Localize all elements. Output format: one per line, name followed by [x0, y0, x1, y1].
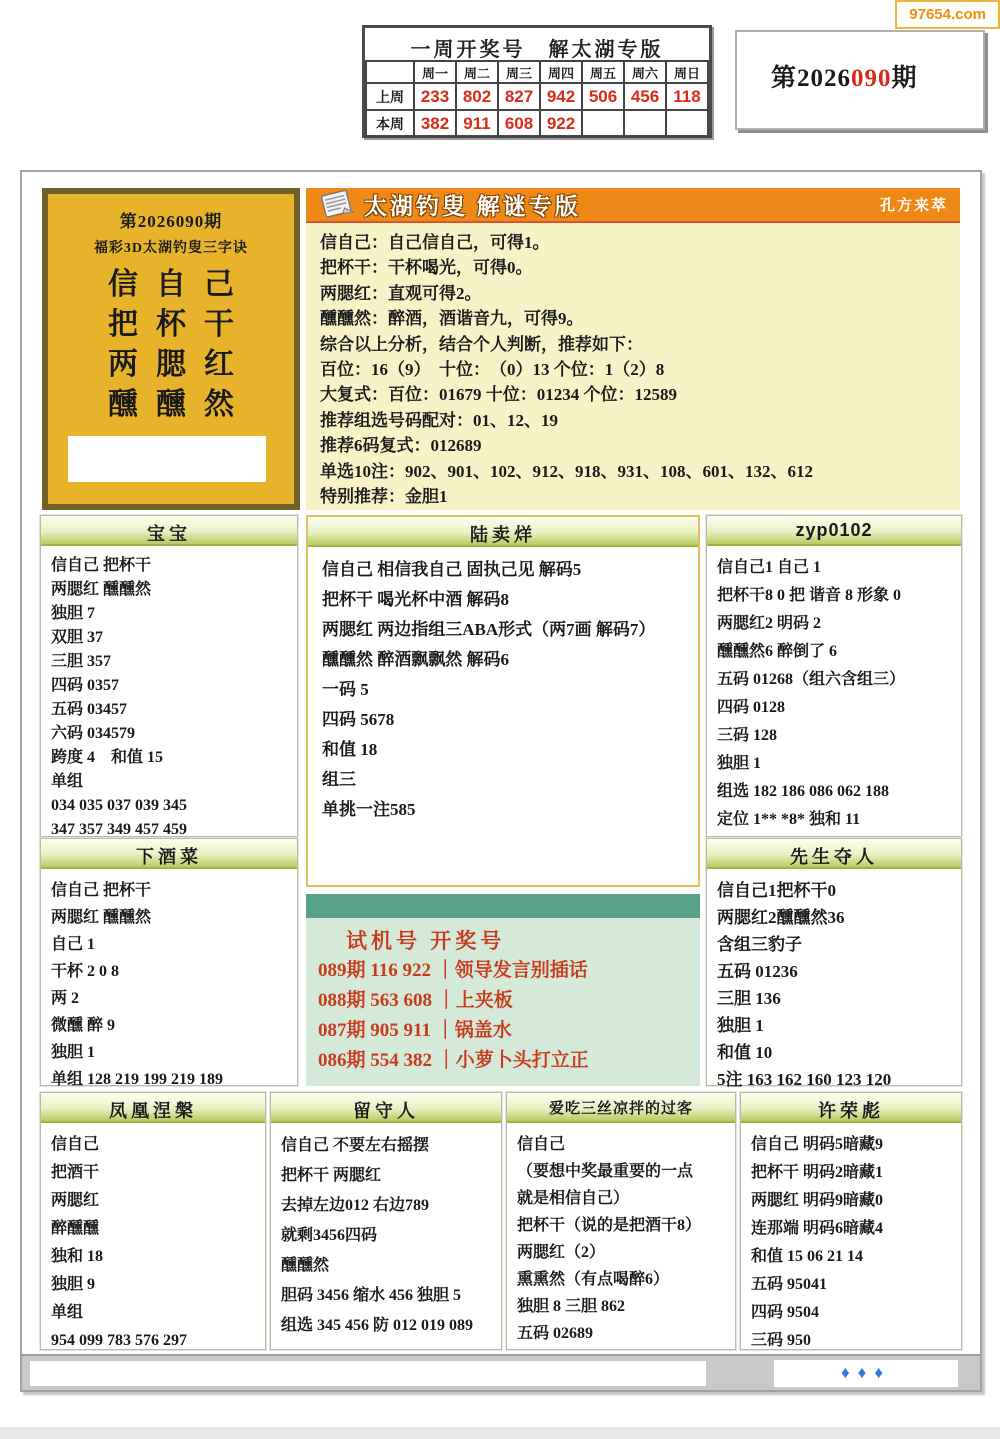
- tip-line: 信自己 不要左右摇摆: [281, 1131, 501, 1161]
- analysis-line: 百位：16（9） 十位： （0）13 个位：1（2）8: [320, 357, 960, 382]
- day-header: 周二: [456, 61, 498, 83]
- issue-highlight: 090: [851, 65, 892, 92]
- tip-line: 去掉左边012 右边789: [281, 1191, 501, 1221]
- this-week-row: 本周 382 911 608 922: [366, 110, 708, 137]
- tip-line: 954 099 783 576 297: [51, 1327, 265, 1355]
- tip-line: 三胆 136: [717, 985, 961, 1012]
- tip-line: 组三: [322, 765, 698, 795]
- horizontal-scrollbar[interactable]: [30, 1361, 706, 1386]
- box-xiajiucai: 下酒菜 信自己 把杯干两腮红 醺醺然自己 1干杯 2 0 8两 2微醺 醉 9独…: [40, 838, 298, 1086]
- gem-icons: ♦♦♦: [841, 1363, 891, 1382]
- tip-line: 五码 02689: [517, 1320, 735, 1347]
- box-body: 信自己 不要左右摇摆把杯干 两腮红去掉左边012 右边789就剩3456四码醺醺…: [271, 1123, 501, 1341]
- box-body: 信自己1 自己 1把杯干8 0 把 谐音 8 形象 0两腮红2 明码 2醺醺然6…: [707, 546, 961, 834]
- site-badge-link[interactable]: 97654.com: [895, 0, 1000, 29]
- draw-number: 942: [540, 83, 582, 110]
- tip-line: 五码 01268（组六含组三）: [717, 666, 961, 694]
- box-fenghuang: 凤凰涅槃 信自己把酒干两腮红醉醺醺独和 18独胆 9单组954 099 783 …: [40, 1092, 266, 1350]
- machine-number-line: 089期 116 922 ｜领导发言别插话: [318, 956, 700, 986]
- tip-line: 熏熏然（有点喝醉6）: [517, 1266, 735, 1293]
- tip-line: 单组 128 219 199 219 189: [51, 1066, 297, 1093]
- draw-number: 118: [666, 83, 708, 110]
- tip-line: 醺醺然6 醉倒了 6: [717, 638, 961, 666]
- riddle-line: 信自己: [48, 265, 294, 305]
- box-title: 宝宝: [41, 516, 297, 546]
- box-body: 信自己 明码5暗藏9把杯干 明码2暗藏1两腮红 明码9暗藏0连那端 明码6暗藏4…: [741, 1123, 961, 1355]
- tip-line: 组选 182 186 086 062 188: [717, 778, 961, 806]
- tip-line: 单组: [51, 770, 297, 794]
- riddle-line: 醺醺然: [48, 385, 294, 425]
- tip-line: 信自己 相信我自己 固执己见 解码5: [322, 555, 698, 585]
- box-body: 信自己把酒干两腮红醉醺醺独和 18独胆 9单组954 099 783 576 2…: [41, 1123, 265, 1355]
- tip-line: 和值 18: [322, 735, 698, 765]
- tip-line: 独胆 1: [717, 750, 961, 778]
- analysis-line: 推荐组选号码配对：01、12、19: [320, 408, 960, 433]
- bottom-bar: ♦♦♦: [22, 1354, 980, 1390]
- tip-line: 把杯干 两腮红: [281, 1161, 501, 1191]
- riddle-line: 把杯干: [48, 305, 294, 345]
- analysis-panel: 太湖钓叟 解谜专版 孔方来萃 信自己：自己信自己，可得1。把杯干：干杯喝光，可得…: [306, 188, 960, 512]
- tip-line: 信自己: [51, 1131, 265, 1159]
- draw-number: [624, 110, 666, 137]
- tip-line: 醉醺醺: [51, 1215, 265, 1243]
- box-body: 信自己 把杯干两腮红 醺醺然自己 1干杯 2 0 8两 2微醺 醉 9独胆 1单…: [41, 869, 297, 1093]
- tip-line: 单挑一注585: [322, 795, 698, 825]
- tip-line: 独胆 1: [717, 1012, 961, 1039]
- analysis-line: 把杯干：干杯喝光，可得0。: [320, 255, 960, 280]
- box-title: 下酒菜: [41, 839, 297, 869]
- machine-number-line: 086期 554 382 ｜小萝卜头打立正: [318, 1046, 700, 1076]
- table-header-row: 周一 周二 周三 周四 周五 周六 周日: [366, 61, 708, 83]
- machine-number-line: 087期 905 911 ｜锅盖水: [318, 1016, 700, 1046]
- box-title: 许荣彪: [741, 1093, 961, 1123]
- day-header: 周一: [414, 61, 456, 83]
- panel-title: 太湖钓叟 解谜专版: [364, 188, 581, 221]
- tip-line: 信自己 把杯干: [51, 554, 297, 578]
- issue-number-box: 第2026090期: [735, 30, 985, 130]
- weekly-numbers-table: 周一 周二 周三 周四 周五 周六 周日 上周 233 802 827 942 …: [365, 60, 709, 138]
- diamonds-box: ♦♦♦: [774, 1360, 958, 1387]
- analysis-line: 特别推荐：金胆1: [320, 484, 960, 509]
- tip-line: 和值 15 06 21 14: [751, 1243, 961, 1271]
- riddle-poster: 第2026090期 福彩3D太湖钓叟三字诀 信自己把杯干两腮红醺醺然: [42, 188, 300, 510]
- tip-line: 把酒干: [51, 1159, 265, 1187]
- row-label: 本周: [366, 110, 414, 137]
- machine-number-lines: 089期 116 922 ｜领导发言别插话088期 563 608 ｜上夹板08…: [318, 956, 700, 1076]
- box-title: 爱吃三丝凉拌的过客: [507, 1093, 735, 1123]
- tip-line: 五码 95041: [751, 1271, 961, 1299]
- box-luhaiyang: 陆卖烊 信自己 相信我自己 固执己见 解码5把杯干 喝光杯中酒 解码8两腮红 两…: [306, 515, 700, 887]
- box-xurongting: 许荣彪 信自己 明码5暗藏9把杯干 明码2暗藏1两腮红 明码9暗藏0连那端 明码…: [740, 1092, 962, 1350]
- tip-line: 六码 034579: [51, 722, 297, 746]
- analysis-text: 信自己：自己信自己，可得1。把杯干：干杯喝光，可得0。两腮红：直观可得2。醺醺然…: [306, 223, 960, 510]
- tip-line: 三胆 357: [51, 650, 297, 674]
- box-liushouren: 留守人 信自己 不要左右摇摆把杯干 两腮红去掉左边012 右边789就剩3456…: [270, 1092, 502, 1350]
- tip-line: 信自己1 自己 1: [717, 554, 961, 582]
- tip-line: 和值 10: [717, 1039, 961, 1066]
- analysis-line: 综合以上分析，结合个人判断，推荐如下：: [320, 332, 960, 357]
- tip-line: 跨度 4 和值 15: [51, 746, 297, 770]
- box-title: zyp0102: [707, 516, 961, 546]
- weekly-numbers-title: 一周开奖号 解太湖专版: [365, 28, 709, 60]
- blank-label: [68, 436, 266, 482]
- weekly-numbers-box: 一周开奖号 解太湖专版 周一 周二 周三 周四 周五 周六 周日 上周 233 …: [362, 25, 712, 138]
- tip-line: 五码 03457: [51, 698, 297, 722]
- box-xianshengduoren: 先生夺人 信自己1把杯干0两腮红2醺醺然36含组三豹子五码 01236三胆 13…: [706, 838, 962, 1086]
- tip-line: 醺醺然: [281, 1251, 501, 1281]
- tip-line: 把杯干（说的是把酒干8）: [517, 1212, 735, 1239]
- machine-number-body: 试机号 开奖号 089期 116 922 ｜领导发言别插话088期 563 60…: [306, 918, 700, 1086]
- box-body: 信自己 把杯干两腮红 醺醺然独胆 7双胆 37三胆 357四码 0357五码 0…: [41, 546, 297, 842]
- tip-line: 两腮红2醺醺然36: [717, 904, 961, 931]
- tip-line: 微醺 醉 9: [51, 1012, 297, 1039]
- draw-number: 827: [498, 83, 540, 110]
- tip-line: 四码 5678: [322, 705, 698, 735]
- page: 97654.com 一周开奖号 解太湖专版 周一 周二 周三 周四 周五 周六 …: [0, 0, 1000, 1439]
- day-header: 周四: [540, 61, 582, 83]
- box-title: 凤凰涅槃: [41, 1093, 265, 1123]
- tip-line: 信自己: [517, 1131, 735, 1158]
- analysis-line: 信自己：自己信自己，可得1。: [320, 230, 960, 255]
- corner-cell: [366, 61, 414, 83]
- draw-number: 456: [624, 83, 666, 110]
- tip-line: 把杯干 明码2暗藏1: [751, 1159, 961, 1187]
- tip-line: 自己 1: [51, 931, 297, 958]
- day-header: 周五: [582, 61, 624, 83]
- tip-line: 干杯 2 0 8: [51, 958, 297, 985]
- tip-line: 两腮红 醺醺然: [51, 578, 297, 602]
- last-week-row: 上周 233 802 827 942 506 456 118: [366, 83, 708, 110]
- green-bar: [306, 894, 700, 918]
- analysis-line: 两腮红：直观可得2。: [320, 281, 960, 306]
- box-title: 陆卖烊: [308, 517, 698, 547]
- panel-header: 太湖钓叟 解谜专版 孔方来萃: [306, 188, 960, 223]
- day-header: 周日: [666, 61, 708, 83]
- poster-issue: 第2026090期: [48, 207, 294, 232]
- tip-line: 醺醺然 醉酒飘飘然 解码6: [322, 645, 698, 675]
- analysis-line: 推荐6码复式：012689: [320, 433, 960, 458]
- box-title: 先生夺人: [707, 839, 961, 869]
- tip-line: 组选 345 456 防 012 019 089: [281, 1311, 501, 1341]
- tip-line: 把杯干 喝光杯中酒 解码8: [322, 585, 698, 615]
- riddle-lines: 信自己把杯干两腮红醺醺然: [48, 265, 294, 425]
- machine-number-header: 试机号 开奖号: [318, 926, 700, 956]
- day-header: 周三: [498, 61, 540, 83]
- tip-line: 两腮红: [51, 1187, 265, 1215]
- tip-line: 四码 0357: [51, 674, 297, 698]
- draw-number: [666, 110, 708, 137]
- machine-number-box: 试机号 开奖号 089期 116 922 ｜领导发言别插话088期 563 60…: [306, 894, 700, 1086]
- tip-line: 胆码 3456 缩水 456 独胆 5: [281, 1281, 501, 1311]
- draw-number: 382: [414, 110, 456, 137]
- tip-line: 一码 5: [322, 675, 698, 705]
- tip-line: 把杯干8 0 把 谐音 8 形象 0: [717, 582, 961, 610]
- tip-line: 两腮红2 明码 2: [717, 610, 961, 638]
- tip-line: 连那端 明码6暗藏4: [751, 1215, 961, 1243]
- row-label: 上周: [366, 83, 414, 110]
- panel-byline: 孔方来萃: [880, 194, 948, 215]
- tip-line: 三码 950: [751, 1327, 961, 1355]
- tip-line: 定位 1** *8* 独和 11: [717, 806, 961, 834]
- main-frame: 第2026090期 福彩3D太湖钓叟三字诀 信自己把杯干两腮红醺醺然 太湖钓叟 …: [20, 170, 982, 1392]
- riddle-line: 两腮红: [48, 345, 294, 385]
- draw-number: 233: [414, 83, 456, 110]
- tip-line: 两 2: [51, 985, 297, 1012]
- tip-line: 四码 9504: [751, 1299, 961, 1327]
- draw-number: [582, 110, 624, 137]
- tip-line: 信自己 把杯干: [51, 877, 297, 904]
- tip-line: 信自己1把杯干0: [717, 877, 961, 904]
- tip-line: 三码 128: [717, 722, 961, 750]
- tip-line: 独和 18: [51, 1243, 265, 1271]
- box-baobao: 宝宝 信自己 把杯干两腮红 醺醺然独胆 7双胆 37三胆 357四码 0357五…: [40, 515, 298, 837]
- tip-line: 就是相信自己）: [517, 1185, 735, 1212]
- page-bottom-strip: [0, 1427, 1000, 1439]
- tip-line: 信自己 明码5暗藏9: [751, 1131, 961, 1159]
- tip-line: 五码 01236: [717, 958, 961, 985]
- tip-line: 两腮红（2）: [517, 1239, 735, 1266]
- analysis-line: 醺醺然：醉酒，酒谐音九，可得9。: [320, 306, 960, 331]
- notepad-icon: [318, 189, 356, 221]
- draw-number: 608: [498, 110, 540, 137]
- analysis-line: 单选10注：902、901、102、912、918、931、108、601、13…: [320, 459, 960, 484]
- tip-line: 双胆 37: [51, 626, 297, 650]
- draw-number: 911: [456, 110, 498, 137]
- tip-line: 034 035 037 039 345: [51, 794, 297, 818]
- tip-line: 独胆 8 三胆 862: [517, 1293, 735, 1320]
- machine-number-line: 088期 563 608 ｜上夹板: [318, 986, 700, 1016]
- tip-line: 两腮红 两边指组三ABA形式（两7画 解码7）: [322, 615, 698, 645]
- poster-subtitle: 福彩3D太湖钓叟三字诀: [48, 237, 294, 257]
- tip-line: 含组三豹子: [717, 931, 961, 958]
- box-zyp0102: zyp0102 信自己1 自己 1把杯干8 0 把 谐音 8 形象 0两腮红2 …: [706, 515, 962, 837]
- issue-prefix: 第2026: [771, 65, 851, 92]
- box-body: 信自己1把杯干0两腮红2醺醺然36含组三豹子五码 01236三胆 136独胆 1…: [707, 869, 961, 1093]
- box-body: 信自己 相信我自己 固执己见 解码5把杯干 喝光杯中酒 解码8两腮红 两边指组三…: [308, 547, 698, 825]
- tip-line: 5注 163 162 160 123 120: [717, 1066, 961, 1093]
- draw-number: 506: [582, 83, 624, 110]
- tip-line: 单组: [51, 1299, 265, 1327]
- box-title: 留守人: [271, 1093, 501, 1123]
- draw-number: 922: [540, 110, 582, 137]
- tip-line: 两腮红 醺醺然: [51, 904, 297, 931]
- tip-line: 独胆 7: [51, 602, 297, 626]
- day-header: 周六: [624, 61, 666, 83]
- tip-line: 独胆 1: [51, 1039, 297, 1066]
- issue-suffix: 期: [892, 65, 918, 92]
- tip-line: 就剩3456四码: [281, 1221, 501, 1251]
- tip-line: 独胆 9: [51, 1271, 265, 1299]
- box-body: 信自己（要想中奖最重要的一点就是相信自己）把杯干（说的是把酒干8）两腮红（2）熏…: [507, 1123, 735, 1347]
- tip-line: 四码 0128: [717, 694, 961, 722]
- tip-line: （要想中奖最重要的一点: [517, 1158, 735, 1185]
- draw-number: 802: [456, 83, 498, 110]
- box-aichi: 爱吃三丝凉拌的过客 信自己（要想中奖最重要的一点就是相信自己）把杯干（说的是把酒…: [506, 1092, 736, 1350]
- tip-line: 两腮红 明码9暗藏0: [751, 1187, 961, 1215]
- analysis-line: 大复式：百位：01679 十位：01234 个位：12589: [320, 382, 960, 407]
